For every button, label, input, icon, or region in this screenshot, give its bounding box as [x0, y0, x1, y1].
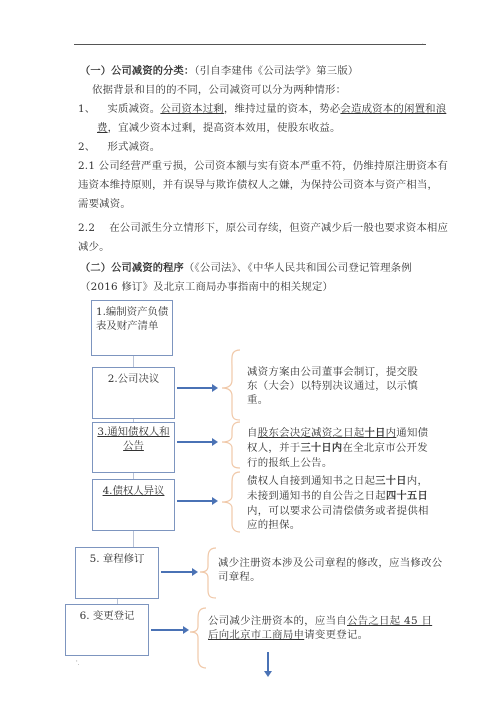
flow-step-4: 4.债权人异议 — [92, 479, 175, 531]
item2-1-line2: 违资本维持原则，并有误导与欺诈债权人之嫌，为保持公司资本与资产相当， — [78, 178, 438, 192]
flow-step-2: 2.公司决议 — [92, 367, 175, 419]
flow-step-3-label: 3.通知债权人和公告 — [93, 423, 174, 453]
arrow-step-3 — [177, 441, 213, 443]
note3-bold-underline: 十日 — [365, 428, 386, 439]
arrow-step-2 — [177, 387, 213, 389]
note-step-4-line3: 内，可以要求公司清偿债务或者提供相 — [247, 504, 429, 518]
arrow-step-5 — [161, 571, 193, 573]
flow-step-1: 1.编制资产负债表及财产清单 — [91, 300, 173, 356]
note3-underline2: 内 — [386, 427, 397, 439]
note4-l2-bold: 四十五日 — [386, 491, 428, 502]
note-step-4-line1: 债权人自接到通知书之日起三十日内， — [247, 474, 429, 489]
brace-step-6 — [188, 606, 208, 670]
item2-1-line1: 2.1 公司经营严重亏损，公司资本额与实有资本严重不符，仍维持原注册资本有 — [78, 159, 448, 173]
section2-title-source-line1: （《公司法》、《中华人民共和国公司登记管理条例 — [184, 262, 412, 274]
note4-bold: 三十日 — [375, 476, 406, 487]
flow-step-5: 5. 章程修订 — [75, 547, 159, 599]
flow-step-1-line1: 1.编制资产负债 — [96, 306, 168, 318]
note6-underline: 公告之日起 45 日 — [347, 615, 432, 627]
item1-label: 实质减资。 — [107, 103, 160, 115]
item1-line2-underline: 费 — [97, 122, 108, 134]
note3-l2-pre: 权人，并于 — [247, 442, 300, 454]
flow-step-4-label: 4.债权人异议 — [93, 480, 174, 498]
note-step-2: 减资方案由公司董事会制订，提交股 东（大会）以特别决议通过，以示慎 重。 — [247, 365, 418, 407]
note-step-6-line2: 后向北京市工商局申请变更登记。 — [208, 628, 432, 642]
section1-title: （一）公司减资的分类：（引自李建伟《公司法学》第三版） — [80, 64, 359, 79]
note-step-2-line1: 减资方案由公司董事会制订，提交股 — [247, 365, 418, 379]
item1-line1: 1、实质减资。公司资本过剩，维持过量的资本，势必会造成资本的闲置和浪 — [78, 102, 446, 116]
item1-text-b: ，维持过量的资本，势必 — [224, 103, 341, 115]
note-step-5-line1: 减少注册资本涉及公司章程的修改，应当修改公 — [218, 556, 443, 570]
flow-step-3-line2: 公告 — [123, 440, 144, 452]
item2-1-line3: 需要减资。 — [78, 197, 131, 211]
note3-pre: 自 — [247, 427, 258, 439]
note3-l2-bold: 三十日内 — [300, 443, 342, 454]
item1-underline1: 公司资本过剩 — [160, 103, 224, 115]
section1-title-bold: （一）公司减资的分类： — [80, 66, 194, 77]
note3-l2-post: 在全北京市公开发 — [342, 442, 428, 454]
connector-1-2 — [133, 356, 134, 367]
flow-step-3-line1: 3.通知债权人和 — [97, 426, 169, 438]
item1-line2-text: ，宜减少资本过剩，提高资本效用，使股东收益。 — [108, 122, 341, 134]
note-step-3-line1: 自股东会决定减资之日起十日内通知债 — [247, 426, 428, 441]
section1-title-source: （引自李建伟《公司法学》第三版） — [194, 65, 358, 77]
item2-num: 2、 — [78, 141, 95, 153]
arrow-step-6 — [151, 629, 184, 631]
note6-l2-underline: 后向北京市工商局申 — [208, 629, 304, 641]
note4-l2-pre: 未接到通知书的自公告之日起 — [247, 490, 386, 502]
note-step-2-line2: 东（大会）以特别决议通过，以示慎 — [247, 379, 418, 393]
note-step-5: 减少注册资本涉及公司章程的修改，应当修改公 司章程。 — [218, 556, 443, 584]
header-corner-mark: . — [422, 40, 424, 46]
flow-step-2-label: 2.公司决议 — [93, 368, 174, 386]
note-step-6: 公司减少注册资本的，应当自公告之日起 45 日 后向北京市工商局申请变更登记。 — [208, 614, 432, 642]
flow-step-5-label: 5. 章程修订 — [76, 548, 158, 566]
note-step-6-line1: 公司减少注册资本的，应当自公告之日起 45 日 — [208, 614, 432, 628]
section2-title-bold: （二）公司减资的程序 — [80, 263, 184, 274]
note-step-5-line2: 司章程。 — [218, 570, 443, 584]
note4-pre: 债权人自接到通知书之日起 — [247, 475, 375, 487]
note-step-4-line2: 未接到通知书的自公告之日起四十五日 — [247, 489, 429, 504]
arrow-step-4 — [177, 500, 213, 502]
note6-l2-post: 请变更登记。 — [304, 629, 368, 641]
section2-title-source-line2: （2016 修订》及北京工商局办事指南中的相关规定） — [80, 280, 333, 294]
note3-post: 通知债 — [396, 427, 428, 439]
note-step-2-line3: 重。 — [247, 393, 418, 407]
section2-title: （二）公司减资的程序（《公司法》、《中华人民共和国公司登记管理条例 — [80, 261, 412, 276]
note-step-4: 债权人自接到通知书之日起三十日内， 未接到通知书的自公告之日起四十五日 内，可以… — [247, 474, 429, 532]
down-arrow — [267, 652, 269, 672]
flow-step-3: 3.通知债权人和公告 — [92, 422, 175, 473]
section1-intro: 依据背景和目的的不同，公司减资可以分为两种情形： — [92, 83, 346, 97]
item1-line2: 费，宜减少资本过剩，提高资本效用，使股东收益。 — [97, 121, 341, 135]
note-step-3: 自股东会决定减资之日起十日内通知债 权人，并于三十日内在全北京市公开发 行的报纸… — [247, 426, 428, 470]
item2-2-line1: 2.2 在公司派生分立情形下，原公司存续，但资产减少后一般也要求资本相应 — [78, 221, 448, 235]
item1-num: 1、 — [78, 103, 95, 115]
flow-step-1-line2: 表及财产清单 — [96, 320, 158, 332]
connector-4-5 — [133, 531, 134, 547]
footer-mark: '. — [76, 660, 80, 667]
flow-step-1-label: 1.编制资产负债表及财产清单 — [92, 301, 172, 333]
item2-2-line2: 减少。 — [78, 240, 110, 254]
flow-step-6: 6. 变更登记 — [65, 604, 149, 656]
note4-post: 内， — [407, 475, 428, 487]
flow-step-6-label: 6. 变更登记 — [66, 605, 148, 623]
note-step-4-line4: 应的担保。 — [247, 518, 429, 532]
header-rule — [74, 44, 426, 45]
item1-underline2: 会造成资本的闲置和浪 — [340, 103, 446, 115]
item2-line: 2、形式减资。 — [78, 140, 160, 154]
note-step-3-line3: 行的报纸上公告。 — [247, 456, 428, 470]
note-step-3-line2: 权人，并于三十日内在全北京市公开发 — [247, 441, 428, 456]
note3-underline: 股东会决定减资之日起 — [258, 427, 365, 439]
item2-text: 形式减资。 — [107, 141, 160, 153]
note6-pre: 公司减少注册资本的，应当自 — [208, 615, 347, 627]
brace-step-5 — [198, 546, 218, 601]
